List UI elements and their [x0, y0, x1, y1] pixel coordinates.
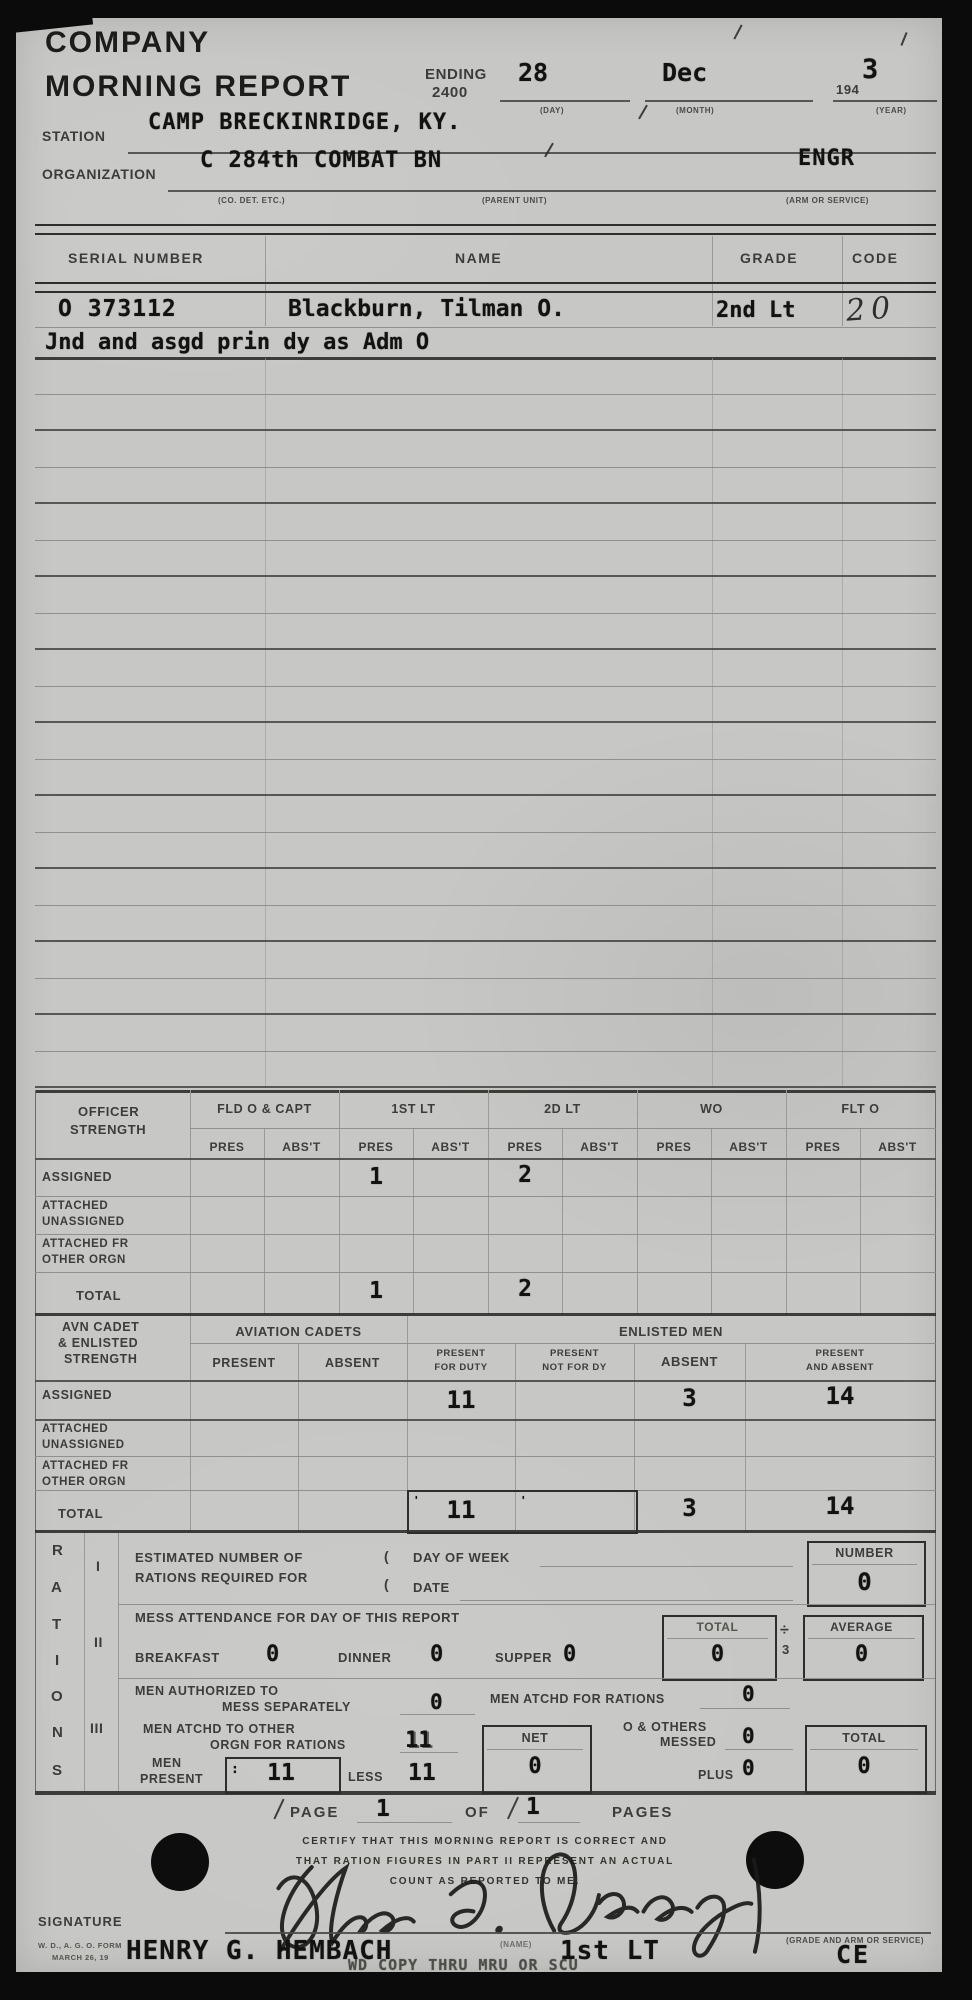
officer-sub-abst-5: ABS'T: [860, 1140, 935, 1154]
sec2-dinner-value: 0: [430, 1642, 443, 1667]
sec3-oo-value: 0: [742, 1724, 755, 1748]
sec2-divide-sign: ÷: [780, 1622, 789, 1640]
enlisted-total-pfd: 11: [407, 1496, 515, 1524]
enlisted-row-att-unasg-1: ATTACHED: [42, 1423, 108, 1435]
enlisted-title-1: AVN CADET: [62, 1320, 139, 1334]
form-number-line1: W. D., A. G. O. FORM: [38, 1941, 122, 1950]
rations-sec2-numeral: II: [94, 1634, 103, 1650]
rations-letter-r: R: [52, 1542, 63, 1559]
enlisted-title-3: STRENGTH: [64, 1352, 138, 1366]
rations-letter-i: I: [55, 1652, 60, 1669]
officer-sub-abst-1: ABS'T: [264, 1140, 339, 1154]
name-sublabel: (NAME): [500, 1940, 532, 1949]
org-sublabel-unit: (CO. DET. ETC.): [218, 196, 285, 205]
enlisted-assigned-pa: 14: [745, 1382, 935, 1410]
sec2-total-value: 0: [662, 1642, 773, 1667]
ending-label-line1: ENDING: [425, 66, 487, 83]
roster-divider-code: [842, 236, 843, 326]
officer-sub-pres-5: PRES: [786, 1140, 860, 1154]
pages-label: PAGES: [612, 1804, 673, 1821]
roster-header-name: NAME: [455, 250, 502, 266]
rations-letter-o: O: [51, 1688, 63, 1705]
sec3-less-label: LESS: [348, 1770, 383, 1784]
sec1-brace-1: (: [384, 1548, 389, 1564]
year-underline: [833, 100, 937, 102]
roster-header-serial: SERIAL NUMBER: [68, 250, 204, 266]
signature-label: SIGNATURE: [38, 1914, 123, 1929]
enlisted-sub-present: PRESENT: [190, 1356, 298, 1370]
roster-header-grade: GRADE: [740, 250, 798, 266]
day-sublabel: (DAY): [540, 106, 564, 115]
entry-grade: 2nd Lt: [716, 298, 795, 323]
enlisted-sub-pnfd-2: NOT FOR DY: [515, 1362, 634, 1373]
pages-underline: [518, 1822, 580, 1823]
sec3-total-box-line: [810, 1749, 918, 1750]
film-edge-top: [0, 0, 972, 18]
sec3-net-value: 0: [482, 1754, 588, 1779]
officer-sub-abst-2: ABS'T: [413, 1140, 488, 1154]
sec3-plus-label: PLUS: [698, 1768, 734, 1782]
officer-row-att-unasg-1: ATTACHED: [42, 1200, 108, 1212]
officer-sub-pres-2: PRES: [339, 1140, 413, 1154]
sec3-mp-label-2: PRESENT: [140, 1772, 203, 1786]
officer-group-1stlt: 1ST LT: [339, 1102, 488, 1116]
sec2-average-label: AVERAGE: [803, 1620, 920, 1634]
enlisted-sub-pfd-2: FOR DUTY: [407, 1362, 515, 1373]
entry-remark: Jnd and asgd prin dy as Adm O: [45, 330, 429, 355]
enlisted-row-att-fr-1: ATTACHED FR: [42, 1460, 129, 1472]
officer-sub-abst-4: ABS'T: [711, 1140, 786, 1154]
officer-total-2dlt-pres: 2: [488, 1276, 562, 1302]
officer-group-fldo: FLD O & CAPT: [190, 1102, 339, 1116]
officer-row-att-fr-2: OTHER ORGN: [42, 1254, 126, 1266]
month-sublabel: (MONTH): [676, 106, 714, 115]
organization-label: ORGANIZATION: [42, 166, 156, 182]
rations-letter-a: A: [51, 1579, 62, 1596]
officer-sub-pres-4: PRES: [637, 1140, 711, 1154]
officer-total-1stlt-pres: 1: [339, 1278, 413, 1304]
sec2-supper-label: SUPPER: [495, 1650, 552, 1665]
enlisted-row-att-unasg-2: UNASSIGNED: [42, 1439, 125, 1451]
roster-top-rule: [35, 224, 936, 235]
sec1-number-value: 0: [807, 1568, 922, 1596]
sec2-total-label: TOTAL: [662, 1620, 773, 1634]
org-sublabel-parent: (PARENT UNIT): [482, 196, 547, 205]
rations-sec3-numeral: III: [90, 1720, 103, 1736]
sec1-number-label: NUMBER: [807, 1546, 922, 1560]
sec3-atchd-underline: [700, 1708, 790, 1709]
roster-divider-serial: [265, 236, 266, 326]
month-field: Dec: [662, 58, 707, 87]
page-label: PAGE: [290, 1804, 339, 1821]
sec2-dinner-label: DINNER: [338, 1650, 391, 1665]
sec1-bottom-divider: [118, 1604, 935, 1605]
page-value: 1: [376, 1796, 390, 1822]
enlisted-sub-pfd-1: PRESENT: [407, 1348, 515, 1359]
sec2-total-box-line: [667, 1638, 768, 1639]
roster-divider-grade: [712, 236, 713, 326]
rations-letter-t: T: [52, 1616, 62, 1633]
enlisted-sub-absent: ABSENT: [298, 1356, 407, 1370]
service-stamp: CE: [836, 1940, 870, 1969]
sec2-average-value: 0: [803, 1642, 920, 1667]
sec3-total-label: TOTAL: [805, 1731, 923, 1745]
signature-underline: [225, 1932, 931, 1934]
officer-group-2dlt: 2D LT: [488, 1102, 637, 1116]
sec3-other-value: 11: [405, 1728, 432, 1753]
rations-letter-s: S: [52, 1762, 63, 1779]
org-sublabel-arm: (ARM OR SERVICE): [786, 196, 869, 205]
officer-assigned-2dlt-pres: 2: [488, 1162, 562, 1188]
officer-row-att-fr-1: ATTACHED FR: [42, 1238, 129, 1250]
officer-sub-abst-3: ABS'T: [562, 1140, 637, 1154]
film-edge-right: [942, 0, 972, 2000]
sec3-atchd-value: 0: [742, 1682, 755, 1706]
officer-group-flto: FLT O: [786, 1102, 935, 1116]
enlisted-row-att-fr-2: OTHER ORGN: [42, 1476, 126, 1488]
officer-title-2: STRENGTH: [70, 1122, 146, 1137]
sec3-auth-label-2: MESS SEPARATELY: [222, 1700, 351, 1714]
sec3-mp-value: 11: [225, 1760, 337, 1786]
total-tickmark-2: ': [520, 1494, 527, 1507]
month-underline: [645, 100, 813, 102]
year-sublabel: (YEAR): [876, 106, 907, 115]
sec3-oo-label-1: O & OTHERS: [623, 1720, 707, 1734]
day-field: 28: [518, 58, 548, 87]
film-edge-left: [0, 0, 16, 2000]
sec1-brace-2: (: [384, 1576, 389, 1592]
enlisted-group-avcadets: AVIATION CADETS: [190, 1324, 407, 1339]
enlisted-assigned-absent: 3: [634, 1384, 745, 1412]
sec3-net-label: NET: [482, 1731, 588, 1745]
enlisted-total-pa: 14: [745, 1492, 935, 1520]
form-number-line2: MARCH 26, 19: [52, 1953, 109, 1962]
sec3-net-box-line: [487, 1749, 583, 1750]
entry-name: Blackburn, Tilman O.: [288, 296, 565, 322]
film-edge-bottom: [0, 1972, 972, 2000]
officer-title-1: OFFICER: [78, 1104, 139, 1119]
sec2-average-box-line: [808, 1638, 915, 1639]
year-prefix: 194: [836, 82, 860, 97]
sec1-number-box-line: [812, 1564, 917, 1565]
rations-bottom-rule: [35, 1791, 936, 1795]
sec3-other-label-1: MEN ATCHD TO OTHER: [143, 1722, 295, 1736]
sec2-supper-value: 0: [563, 1642, 576, 1667]
station-field: CAMP BRECKINRIDGE, KY.: [148, 110, 461, 135]
rations-sec1-numeral: I: [96, 1558, 101, 1574]
sec3-plus-value: 0: [742, 1756, 755, 1780]
ending-label-line2: 2400: [432, 84, 468, 101]
wd-copy-stamp: WD COPY THRU MRU OR SCU: [348, 1956, 579, 1974]
sec3-total-value: 0: [805, 1754, 923, 1779]
officer-sub-pres-1: PRES: [190, 1140, 264, 1154]
enlisted-title-2: & ENLISTED: [58, 1336, 138, 1350]
sec2-heading: MESS ATTENDANCE FOR DAY OF THIS REPORT: [135, 1610, 460, 1625]
sec1-date-underline: [460, 1600, 793, 1601]
sec1-label-1: ESTIMATED NUMBER OF: [135, 1550, 303, 1565]
sec1-dow-underline: [540, 1566, 793, 1567]
sec3-auth-value: 0: [430, 1690, 443, 1714]
officer-row-assigned: ASSIGNED: [42, 1170, 112, 1184]
sec3-auth-label-1: MEN AUTHORIZED TO: [135, 1684, 279, 1698]
film-blob-left: [0, 688, 12, 784]
enlisted-row-total: TOTAL: [58, 1506, 103, 1521]
officer-row-total: TOTAL: [76, 1288, 121, 1303]
sec3-auth-underline: [400, 1714, 475, 1715]
station-label: STATION: [42, 128, 106, 144]
enlisted-sub-pa-2: AND ABSENT: [745, 1362, 935, 1373]
enlisted-total-absent: 3: [634, 1494, 745, 1522]
arm-service-field: ENGR: [798, 146, 855, 171]
officer-assigned-1stlt-pres: 1: [339, 1164, 413, 1190]
enlisted-sub-en-absent: ABSENT: [634, 1354, 745, 1369]
day-underline: [500, 100, 630, 102]
page-underline: [357, 1822, 452, 1823]
organization-field: C 284th COMBAT BN: [200, 148, 442, 173]
sec2-bottom-divider: [118, 1678, 935, 1679]
enlisted-group-enlisted: ENLISTED MEN: [407, 1324, 935, 1339]
organization-underline: [168, 190, 936, 192]
form-title-line1: COMPANY: [45, 26, 210, 60]
sec3-mp-label-1: MEN: [152, 1756, 182, 1770]
form-title-line2: MORNING REPORT: [45, 70, 351, 104]
officer-sub-pres-3: PRES: [488, 1140, 562, 1154]
enlisted-sub-pnfd-1: PRESENT: [515, 1348, 634, 1359]
sec1-date-label: DATE: [413, 1580, 450, 1595]
sec3-atchd-label: MEN ATCHD FOR RATIONS: [490, 1692, 665, 1706]
officer-row-att-unasg-2: UNASSIGNED: [42, 1216, 125, 1228]
entry-serial: O 373112: [58, 296, 177, 322]
of-label: OF: [465, 1804, 490, 1821]
entry-row-line: [35, 327, 936, 328]
rations-letter-n: N: [52, 1724, 63, 1741]
sec3-less-value: 11: [408, 1760, 436, 1786]
sec2-divide-by: 3: [782, 1642, 790, 1657]
sec2-breakfast-value: 0: [266, 1642, 279, 1667]
sec3-other-label-2: ORGN FOR RATIONS: [210, 1738, 346, 1752]
entry-code-handwritten: 20: [845, 290, 898, 328]
roster-header-rule: [35, 282, 936, 293]
pages-value: 1: [526, 1794, 540, 1820]
year-field: 3: [862, 54, 878, 85]
sec3-oo-underline: [725, 1749, 793, 1750]
scanned-morning-report: COMPANY MORNING REPORT ENDING 2400 28 (D…: [0, 0, 972, 2000]
punch-hole-left: [151, 1833, 209, 1891]
roster-header-code: CODE: [852, 250, 898, 266]
enlisted-sub-pa-1: PRESENT: [745, 1348, 935, 1359]
sec3-oo-label-2: MESSED: [660, 1735, 716, 1749]
officer-group-wo: WO: [637, 1102, 786, 1116]
sec2-breakfast-label: BREAKFAST: [135, 1650, 220, 1665]
enlisted-assigned-pfd: 11: [407, 1386, 515, 1414]
sec1-label-2: RATIONS REQUIRED FOR: [135, 1570, 308, 1585]
enlisted-row-assigned: ASSIGNED: [42, 1388, 112, 1402]
sec1-dow-label: DAY OF WEEK: [413, 1550, 510, 1565]
